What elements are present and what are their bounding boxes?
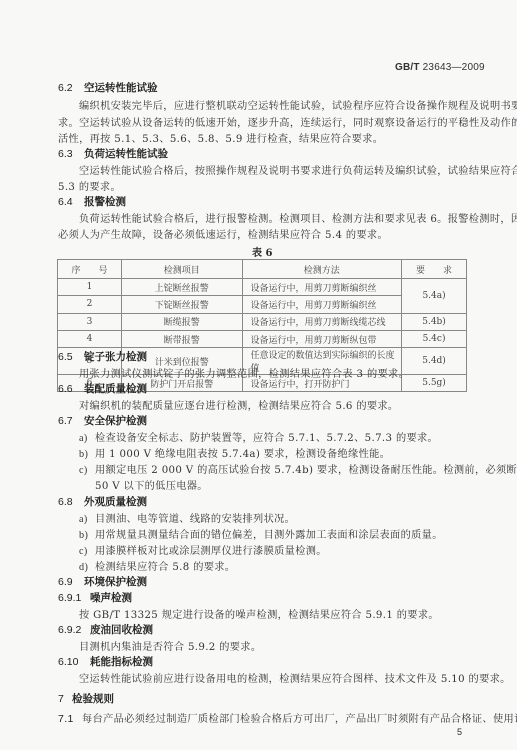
standard-code-prefix: GB/T	[395, 62, 420, 73]
heading-6-8: 6.8外观质量检测	[58, 494, 147, 509]
column-header: 检测方法	[242, 260, 402, 279]
list-item: b)用常规量具测量结合面的错位偏差，目测外露加工表面和涂层表面的质量。	[79, 526, 443, 541]
heading-6-7: 6.7安全保护检测	[58, 413, 147, 428]
list-item: c)用漆膜样板对比或涂层测厚仪进行漆膜质量检测。	[79, 542, 327, 557]
cell-requirement: 5.4b)	[402, 313, 467, 330]
table-header-row: 序 号 检测项目 检测方法 要 求	[58, 260, 467, 279]
heading-6-9-2: 6.9.2废油回收检测	[58, 622, 153, 637]
cell-no: 1	[58, 279, 122, 296]
table-row: 1 上锭断丝报警 设备运行中，用剪刀剪断编织丝 5.4a)	[58, 279, 467, 296]
list-item-continuation: 50 V 以下的低压电器。	[95, 477, 208, 492]
paragraph-line: 编织机安装完毕后，应进行整机联动空运转性能试验，试验程序应符合设备操作规程及说明…	[79, 97, 517, 112]
list-item: d)检测结果应符合 5.8 的要求。	[79, 558, 235, 573]
heading-7: 7检验规则	[58, 691, 114, 706]
paragraph-line: 空运转性能试验前应进行设备用电的检测，检测结果应符合图样、技术文件及 5.10 …	[79, 670, 511, 685]
cell-item: 上锭断丝报警	[121, 279, 242, 296]
cell-no: 2	[58, 296, 122, 313]
document-page: GB/T 23643—2009 6.2空运转性能试验 编织机安装完毕后，应进行整…	[0, 0, 517, 750]
paragraph-line: 用张力测试仪测试锭子的张力调整范围，检测结果应符合表 3 的要求。	[79, 365, 409, 380]
paragraph-line: 必须人为产生故障，设备必须低速运行，检测结果应符合 5.4 的要求。	[58, 226, 388, 241]
paragraph-line: 活性，再按 5.1、5.3、5.6、5.8、5.9 进行检查，结果应符合要求。	[58, 130, 383, 145]
cell-item: 下锭断丝报警	[121, 296, 242, 313]
cell-requirement: 5.4d)	[402, 348, 467, 375]
paragraph-line: 求。空运转试验从设备运转的低速开始，逐步升高，连续运行，同时观察设备运行的平稳性…	[58, 114, 517, 129]
clause-7-1: 7.1每台产品必须经过制造厂质检部门检验合格后方可出厂，产品出厂时须附有产品合格…	[58, 710, 517, 725]
cell-method: 设备运行中，用剪刀剪断线缆芯线	[242, 313, 402, 330]
cell-requirement: 5.5g)	[402, 375, 467, 392]
table-row: 4 断带报警 设备运行中，用剪刀剪断纵包带 5.4c)	[58, 330, 467, 347]
list-item: c)用额定电压 2 000 V 的高压试验台按 5.7.4b) 要求，检测设备耐…	[79, 461, 517, 476]
cell-method: 设备运行中，用剪刀剪断编织丝	[242, 296, 402, 313]
heading-6-9-1: 6.9.1噪声检测	[58, 590, 132, 605]
cell-method: 设备运行中，用剪刀剪断编织丝	[242, 279, 402, 296]
cell-method: 设备运行中，用剪刀剪断纵包带	[242, 330, 402, 347]
page-number: 5	[457, 727, 462, 737]
cell-no: 3	[58, 313, 122, 330]
heading-6-3: 6.3负荷运转性能试验	[58, 146, 168, 161]
paragraph-line: 空运转性能试验合格后，按照操作规程及说明书要求进行负荷运转及编织试验，试验结果应…	[79, 162, 517, 177]
cell-item: 断缆报警	[121, 313, 242, 330]
table-row: 3 断缆报警 设备运行中，用剪刀剪断线缆芯线 5.4b)	[58, 313, 467, 330]
paragraph-line: 对编织机的装配质量应逐台进行检测，检测结果应符合 5.6 的要求。	[79, 397, 398, 412]
list-item: b)用 1 000 V 绝缘电阻表按 5.7.4a) 要求，检测设备绝缘性能。	[79, 445, 390, 460]
cell-item: 断带报警	[121, 330, 242, 347]
cell-requirement: 5.4a)	[402, 279, 467, 314]
standard-code-number: 23643—2009	[423, 62, 485, 73]
column-header: 要 求	[402, 260, 467, 279]
paragraph-line: 按 GB/T 13325 规定进行设备的噪声检测，检测结果应符合 5.9.1 的…	[79, 606, 439, 621]
heading-6-4: 6.4报警检测	[58, 194, 126, 209]
cell-no: 4	[58, 330, 122, 347]
heading-6-9: 6.9环境保护检测	[58, 574, 147, 589]
cell-requirement: 5.4c)	[402, 330, 467, 347]
table-caption: 表 6	[252, 244, 272, 259]
list-item: a)检查设备安全标志、防护装置等，应符合 5.7.1、5.7.2、5.7.3 的…	[79, 429, 438, 444]
heading-6-6: 6.6装配质量检测	[58, 381, 147, 396]
standard-code: GB/T 23643—2009	[395, 62, 485, 73]
paragraph-line: 5.3 的要求。	[58, 178, 121, 193]
column-header: 序 号	[58, 260, 122, 279]
paragraph-line: 目测机内集油是否符合 5.9.2 的要求。	[79, 638, 261, 653]
list-item: a)目测油、电等管道、线路的安装排列状况。	[79, 510, 295, 525]
heading-6-10: 6.10耗能指标检测	[58, 654, 153, 669]
column-header: 检测项目	[121, 260, 242, 279]
paragraph-line: 负荷运转性能试验合格后，进行报警检测。检测项目、检测方法和要求见表 6。报警检测…	[79, 210, 517, 225]
heading-6-5: 6.5锭子张力检测	[58, 349, 147, 364]
heading-6-2: 6.2空运转性能试验	[58, 80, 158, 95]
